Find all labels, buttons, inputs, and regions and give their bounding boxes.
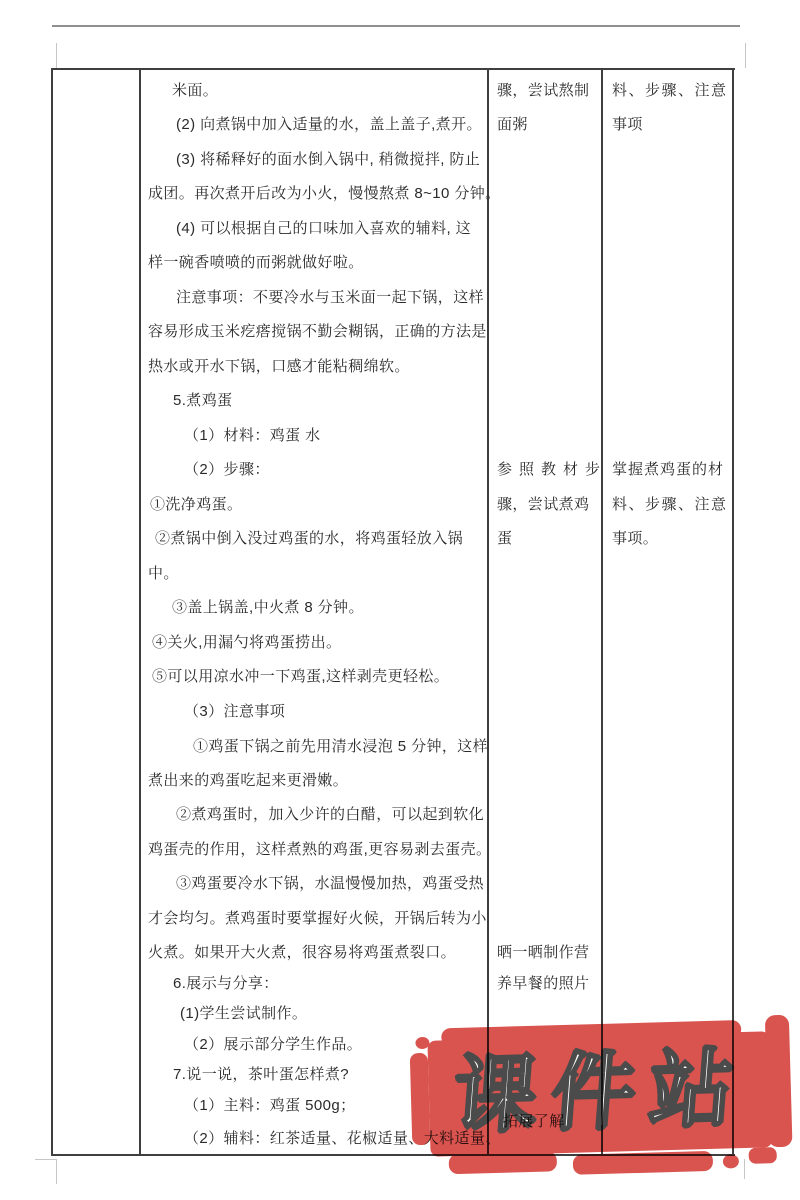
text-line: 中。 (148, 565, 179, 583)
text-line: (3) 将稀释好的面水倒入锅中, 稍微搅拌, 防止 (176, 151, 480, 169)
stamp-edge-bottom-1 (449, 1151, 558, 1174)
margin-mark-bottom-left-h (35, 1159, 57, 1160)
text-line: ②煮锅中倒入没过鸡蛋的水，将鸡蛋轻放入锅 (155, 530, 463, 548)
text-line: （3）注意事项 (184, 703, 285, 721)
text-line: 注意事项：不要冷水与玉米面一起下锅，这样 (176, 289, 484, 307)
text-line: ①洗净鸡蛋。 (150, 496, 242, 514)
table-right-border (732, 68, 734, 1156)
text-line: ③盖上锅盖,中火煮 8 分钟。 (172, 599, 364, 617)
text-line: 晒一晒制作营 (497, 944, 589, 962)
text-line: 参照教材步 (497, 461, 607, 479)
stamp-text: 课件站 (429, 1033, 772, 1153)
watermark-stamp: 课件站 (401, 1003, 800, 1189)
text-line: （1）主料：鸡蛋 500g； (184, 1097, 355, 1115)
text-line: 6.展示与分享： (173, 975, 279, 993)
text-line: 样一碗香喷喷的而粥就做好啦。 (148, 254, 364, 272)
text-line: 骤，尝试煮鸡 (497, 496, 589, 514)
stamp-edge-bottom-right (749, 1147, 777, 1164)
text-line: 7.说一说，茶叶蛋怎样煮? (173, 1066, 349, 1084)
text-line: 面粥 (497, 116, 528, 134)
text-line: 料、步骤、注意 (612, 82, 728, 100)
text-line: 火煮。如果开大火煮，很容易将鸡蛋煮裂口。 (148, 944, 456, 962)
text-line: 煮出来的鸡蛋吃起来更滑嫩。 (148, 772, 348, 790)
text-line: （2）步骤： (184, 461, 270, 479)
text-line: 米面。 (172, 82, 218, 100)
text-line: (1)学生尝试制作。 (180, 1005, 307, 1023)
text-line: 骤，尝试熬制 (497, 82, 589, 100)
text-line: 才会均匀。煮鸡蛋时要掌握好火候，开锅后转为小 (148, 910, 487, 928)
text-line: ①鸡蛋下锅之前先用清水浸泡 5 分钟，这样 (193, 738, 488, 756)
text-line: ⑤可以用凉水冲一下鸡蛋,这样剥壳更轻松。 (152, 668, 449, 686)
document-page: 米面。(2) 向煮锅中加入适量的水，盖上盖子,煮开。(3) 将稀释好的面水倒入锅… (0, 0, 800, 1200)
text-line: 容易形成玉米疙瘩搅锅不勤会糊锅，正确的方法是 (148, 323, 487, 341)
text-line: （2）展示部分学生作品。 (184, 1036, 362, 1054)
text-line: （1）材料：鸡蛋 水 (184, 427, 321, 445)
text-line: (2) 向煮锅中加入适量的水，盖上盖子,煮开。 (176, 116, 482, 134)
stamp-edge-bottom-2 (573, 1151, 714, 1175)
margin-mark-top-right (745, 43, 746, 68)
text-line: 热水或开水下锅，口感才能粘稠绵软。 (148, 358, 410, 376)
text-line: ④关火,用漏勺将鸡蛋捞出。 (152, 634, 341, 652)
top-page-rule (52, 25, 740, 27)
text-line: (4) 可以根据自己的口味加入喜欢的辅料, 这 (176, 220, 471, 238)
text-line: ③鸡蛋要冷水下锅，水温慢慢加热，鸡蛋受热 (176, 875, 484, 893)
text-line: 成团。再次煮开后改为小火，慢慢熬煮 8~10 分钟。 (148, 185, 501, 203)
text-line: 掌握煮鸡蛋的材 (612, 461, 724, 479)
text-line: 事项 (612, 116, 643, 134)
text-line: 料、步骤、注意 (612, 496, 728, 514)
table-left-border (51, 68, 53, 1156)
margin-mark-top-left (56, 43, 57, 68)
text-line: 5.煮鸡蛋 (173, 392, 233, 410)
margin-mark-bottom-left-v (56, 1159, 57, 1184)
table-col-line-2 (487, 68, 489, 1156)
text-line: 鸡蛋壳的作用，这样煮熟的鸡蛋,更容易剥去蛋壳。 (148, 841, 491, 859)
table-col-line-3 (601, 68, 603, 1156)
table-col-line-1 (139, 68, 141, 1156)
text-line: 事项。 (612, 530, 658, 548)
stamp-edge-bottom-dot (723, 1154, 739, 1168)
stamp-edge-left (410, 1053, 431, 1145)
table-top-border (52, 68, 735, 70)
text-line: 养早餐的照片 (497, 975, 589, 993)
text-line: 蛋 (497, 530, 512, 548)
text-line: ②煮鸡蛋时，加入少许的白醋，可以起到软化 (176, 806, 484, 824)
